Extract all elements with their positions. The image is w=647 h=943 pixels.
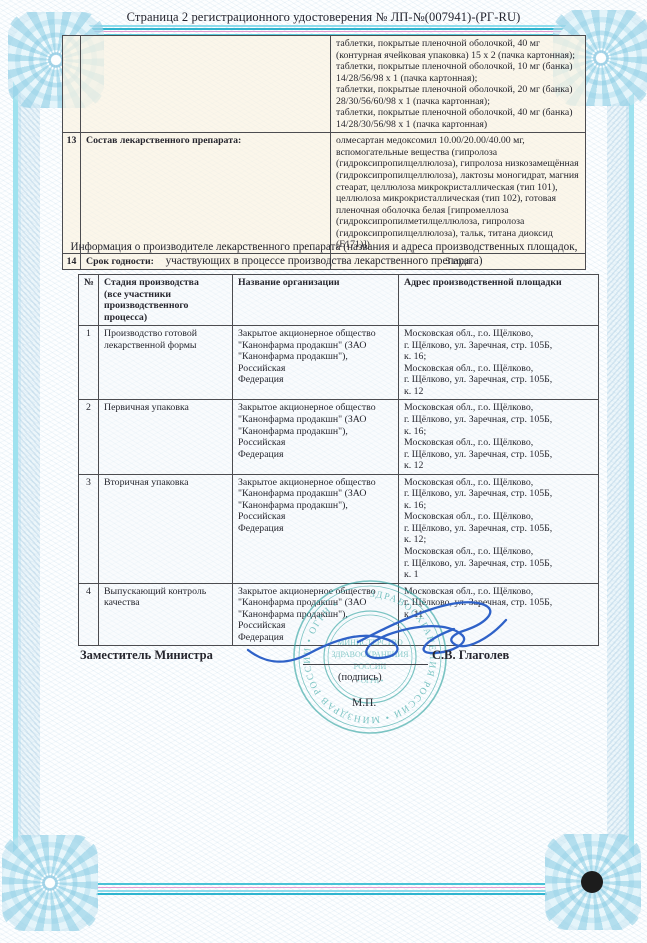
stage-cell: Производство готовой лекарственной формы	[99, 326, 233, 400]
row-value-packaging: таблетки, покрытые пленочной оболочкой, …	[331, 36, 586, 133]
organization-cell: Закрытое акционерное общество "Канонфарм…	[233, 400, 399, 474]
table-row: 2 Первичная упаковка Закрытое акционерно…	[79, 400, 599, 474]
table-row: таблетки, покрытые пленочной оболочкой, …	[63, 36, 586, 133]
manufacturer-info-paragraph: Информация о производителе лекарственног…	[44, 240, 604, 268]
row-number: 13	[63, 133, 81, 253]
signature-line	[303, 664, 428, 665]
row-label	[81, 36, 331, 133]
organization-cell: Закрытое акционерное общество "Канонфарм…	[233, 326, 399, 400]
signature-caption: (подпись)	[338, 672, 382, 683]
hole-punch-dot	[581, 871, 603, 893]
page-title: Страница 2 регистрационного удостоверени…	[0, 10, 647, 25]
row-number: 2	[79, 400, 99, 474]
row-number	[63, 36, 81, 133]
row-number: 3	[79, 474, 99, 583]
seal-place-label: М.П.	[352, 697, 376, 709]
stage-cell: Выпускающий контроль качества	[99, 583, 233, 646]
table-row: 1 Производство готовой лекарственной фор…	[79, 326, 599, 400]
table-row: 3 Вторичная упаковка Закрытое акционерно…	[79, 474, 599, 583]
table-header-row: № Стадия производства (все участники про…	[79, 275, 599, 326]
border-band-left	[13, 62, 40, 879]
col-header-organization: Название организации	[233, 275, 399, 326]
border-stripes-bottom	[48, 883, 607, 895]
row-label-composition: Состав лекарственного препарата:	[81, 133, 331, 253]
col-header-stage: Стадия производства (все участники произ…	[99, 275, 233, 326]
col-header-number: №	[79, 275, 99, 326]
address-cell: Московская обл., г.о. Щёлково, г. Щёлков…	[399, 474, 599, 583]
table-row: 13 Состав лекарственного препарата: олме…	[63, 133, 586, 253]
row-value-composition: олмесартан медоксомил 10.00/20.00/40.00 …	[331, 133, 586, 253]
registration-table: таблетки, покрытые пленочной оболочкой, …	[62, 35, 586, 270]
row-number: 1	[79, 326, 99, 400]
border-band-right	[607, 62, 634, 879]
signer-name: С.В. Глаголев	[432, 648, 509, 663]
col-header-address: Адрес производственной площадки	[399, 275, 599, 326]
stage-cell: Вторичная упаковка	[99, 474, 233, 583]
organization-cell: Закрытое акционерное общество "Канонфарм…	[233, 474, 399, 583]
row-number: 4	[79, 583, 99, 646]
address-cell: Московская обл., г.о. Щёлково, г. Щёлков…	[399, 326, 599, 400]
signer-title: Заместитель Министра	[80, 648, 213, 663]
rosette-bottom-left	[2, 835, 98, 931]
address-cell: Московская обл., г.о. Щёлково, г. Щёлков…	[399, 400, 599, 474]
stage-cell: Первичная упаковка	[99, 400, 233, 474]
